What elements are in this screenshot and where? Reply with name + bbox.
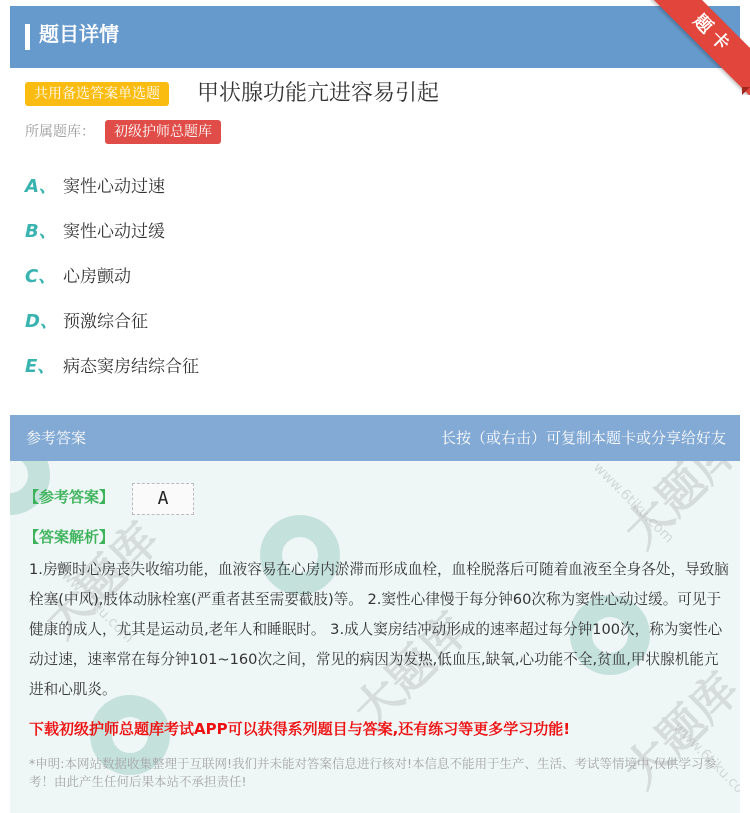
option-c[interactable]: C、 心房颤动 — [25, 262, 425, 292]
option-letter: D、 — [25, 309, 58, 335]
bank-link[interactable]: 初级护师总题库 — [105, 120, 221, 144]
option-text: 窦性心动过速 — [63, 174, 165, 200]
question-title: 甲状腺功能亢进容易引起 — [197, 78, 439, 110]
option-b[interactable]: B、 窦性心动过缓 — [25, 217, 425, 247]
page-title: 题目详情 — [39, 20, 119, 48]
option-d[interactable]: D、 预激综合征 — [25, 307, 425, 337]
reference-answer-label: 【参考答案】 — [24, 486, 114, 508]
option-a[interactable]: A、 窦性心动过速 — [25, 172, 425, 202]
ribbon-fold — [742, 87, 750, 95]
option-text: 病态窦房结综合征 — [63, 354, 199, 380]
share-hint: 长按（或右击）可复制本题卡或分享给好友 — [441, 427, 726, 449]
header-accent-bar — [25, 24, 30, 50]
bank-label: 所属题库： — [25, 121, 95, 143]
page-header: 题目详情 — [10, 6, 740, 68]
answer-header-title: 参考答案 — [26, 427, 86, 449]
disclaimer: *申明:本网站数据收集整理于互联网!我们并未能对答案信息进行核对!本信息不能用于… — [29, 755, 729, 791]
app-promo-link[interactable]: 下载初级护师总题库考试APP可以获得系列题目与答案,还有练习等更多学习功能! — [29, 717, 729, 741]
option-e[interactable]: E、 病态窦房结综合征 — [25, 352, 425, 382]
option-letter: A、 — [25, 174, 57, 200]
option-text: 预激综合征 — [63, 309, 148, 335]
analysis-text: 1.房颤时心房丧失收缩功能，血液容易在心房内淤滞而形成血栓，血栓脱落后可随着血液… — [29, 555, 729, 705]
corner-ribbon: 题卡 — [650, 0, 750, 95]
option-text: 窦性心动过缓 — [63, 219, 165, 245]
analysis-label: 【答案解析】 — [24, 526, 114, 548]
question-type-badge: 共用备选答案单选题 — [25, 82, 169, 106]
answer-section: 大题库 大题库 大题库 大题库 www.6tiku.com www.6tiku.… — [10, 415, 740, 813]
answer-header: 参考答案 长按（或右击）可复制本题卡或分享给好友 — [10, 415, 740, 461]
reference-answer-image: A — [132, 483, 194, 515]
option-letter: B、 — [25, 219, 57, 245]
option-text: 心房颤动 — [63, 264, 131, 290]
option-letter: E、 — [25, 354, 55, 380]
option-letter: C、 — [25, 264, 56, 290]
ribbon-label: 题卡 — [650, 0, 750, 95]
